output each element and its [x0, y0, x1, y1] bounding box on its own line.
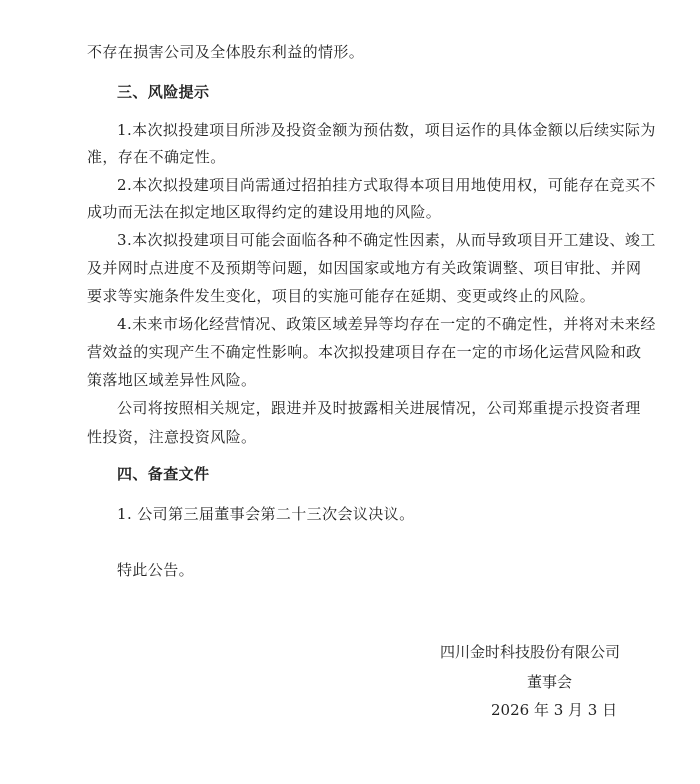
risk3-line2: 及并网时点进度不及预期等问题，如因国家或地方有关政策调整、项目审批、并网 — [87, 258, 613, 278]
risk2-line1: 2.本次拟投建项目尚需通过招拍挂方式取得本项目用地使用权，可能存在竞买不 — [117, 175, 613, 195]
section4-heading: 四、备查文件 — [117, 464, 643, 484]
risk4-line2: 营效益的实现产生不确定性影响。本次拟投建项目存在一定的市场化运营风险和政 — [87, 342, 613, 362]
risk4-line3: 策落地区域差异性风险。 — [87, 370, 613, 390]
signature-date: 2026 年 3 月 3 日 — [491, 700, 617, 720]
notice-line2: 性投资，注意投资风险。 — [87, 427, 613, 447]
risk1-line1: 1.本次拟投建项目所涉及投资金额为预估数，项目运作的具体金额以后续实际为 — [117, 120, 613, 140]
risk3-line1: 3.本次拟投建项目可能会面临各种不确定性因素，从而导致项目开工建设、竣工 — [117, 230, 613, 250]
notice-line1: 公司将按照相关规定，跟进并及时披露相关进展情况，公司郑重提示投资者理 — [117, 398, 613, 418]
signature-company: 四川金时科技股份有限公司 — [440, 642, 620, 662]
signature-board: 董事会 — [527, 672, 572, 692]
risk2-line2: 成功而无法在拟定地区取得约定的建设用地的风险。 — [87, 202, 613, 222]
risk1-line2: 准，存在不确定性。 — [87, 147, 613, 167]
closing-statement: 特此公告。 — [117, 560, 613, 580]
risk3-line3: 要求等实施条件发生变化，项目的实施可能存在延期、变更或终止的风险。 — [87, 286, 613, 306]
reference-doc-1: 1. 公司第三届董事会第二十三次会议决议。 — [117, 504, 613, 524]
intro-tail: 不存在损害公司及全体股东利益的情形。 — [87, 42, 613, 62]
section3-heading: 三、风险提示 — [117, 82, 643, 102]
risk4-line1: 4.未来市场化经营情况、政策区域差异等均存在一定的不确定性，并将对未来经 — [117, 314, 613, 334]
